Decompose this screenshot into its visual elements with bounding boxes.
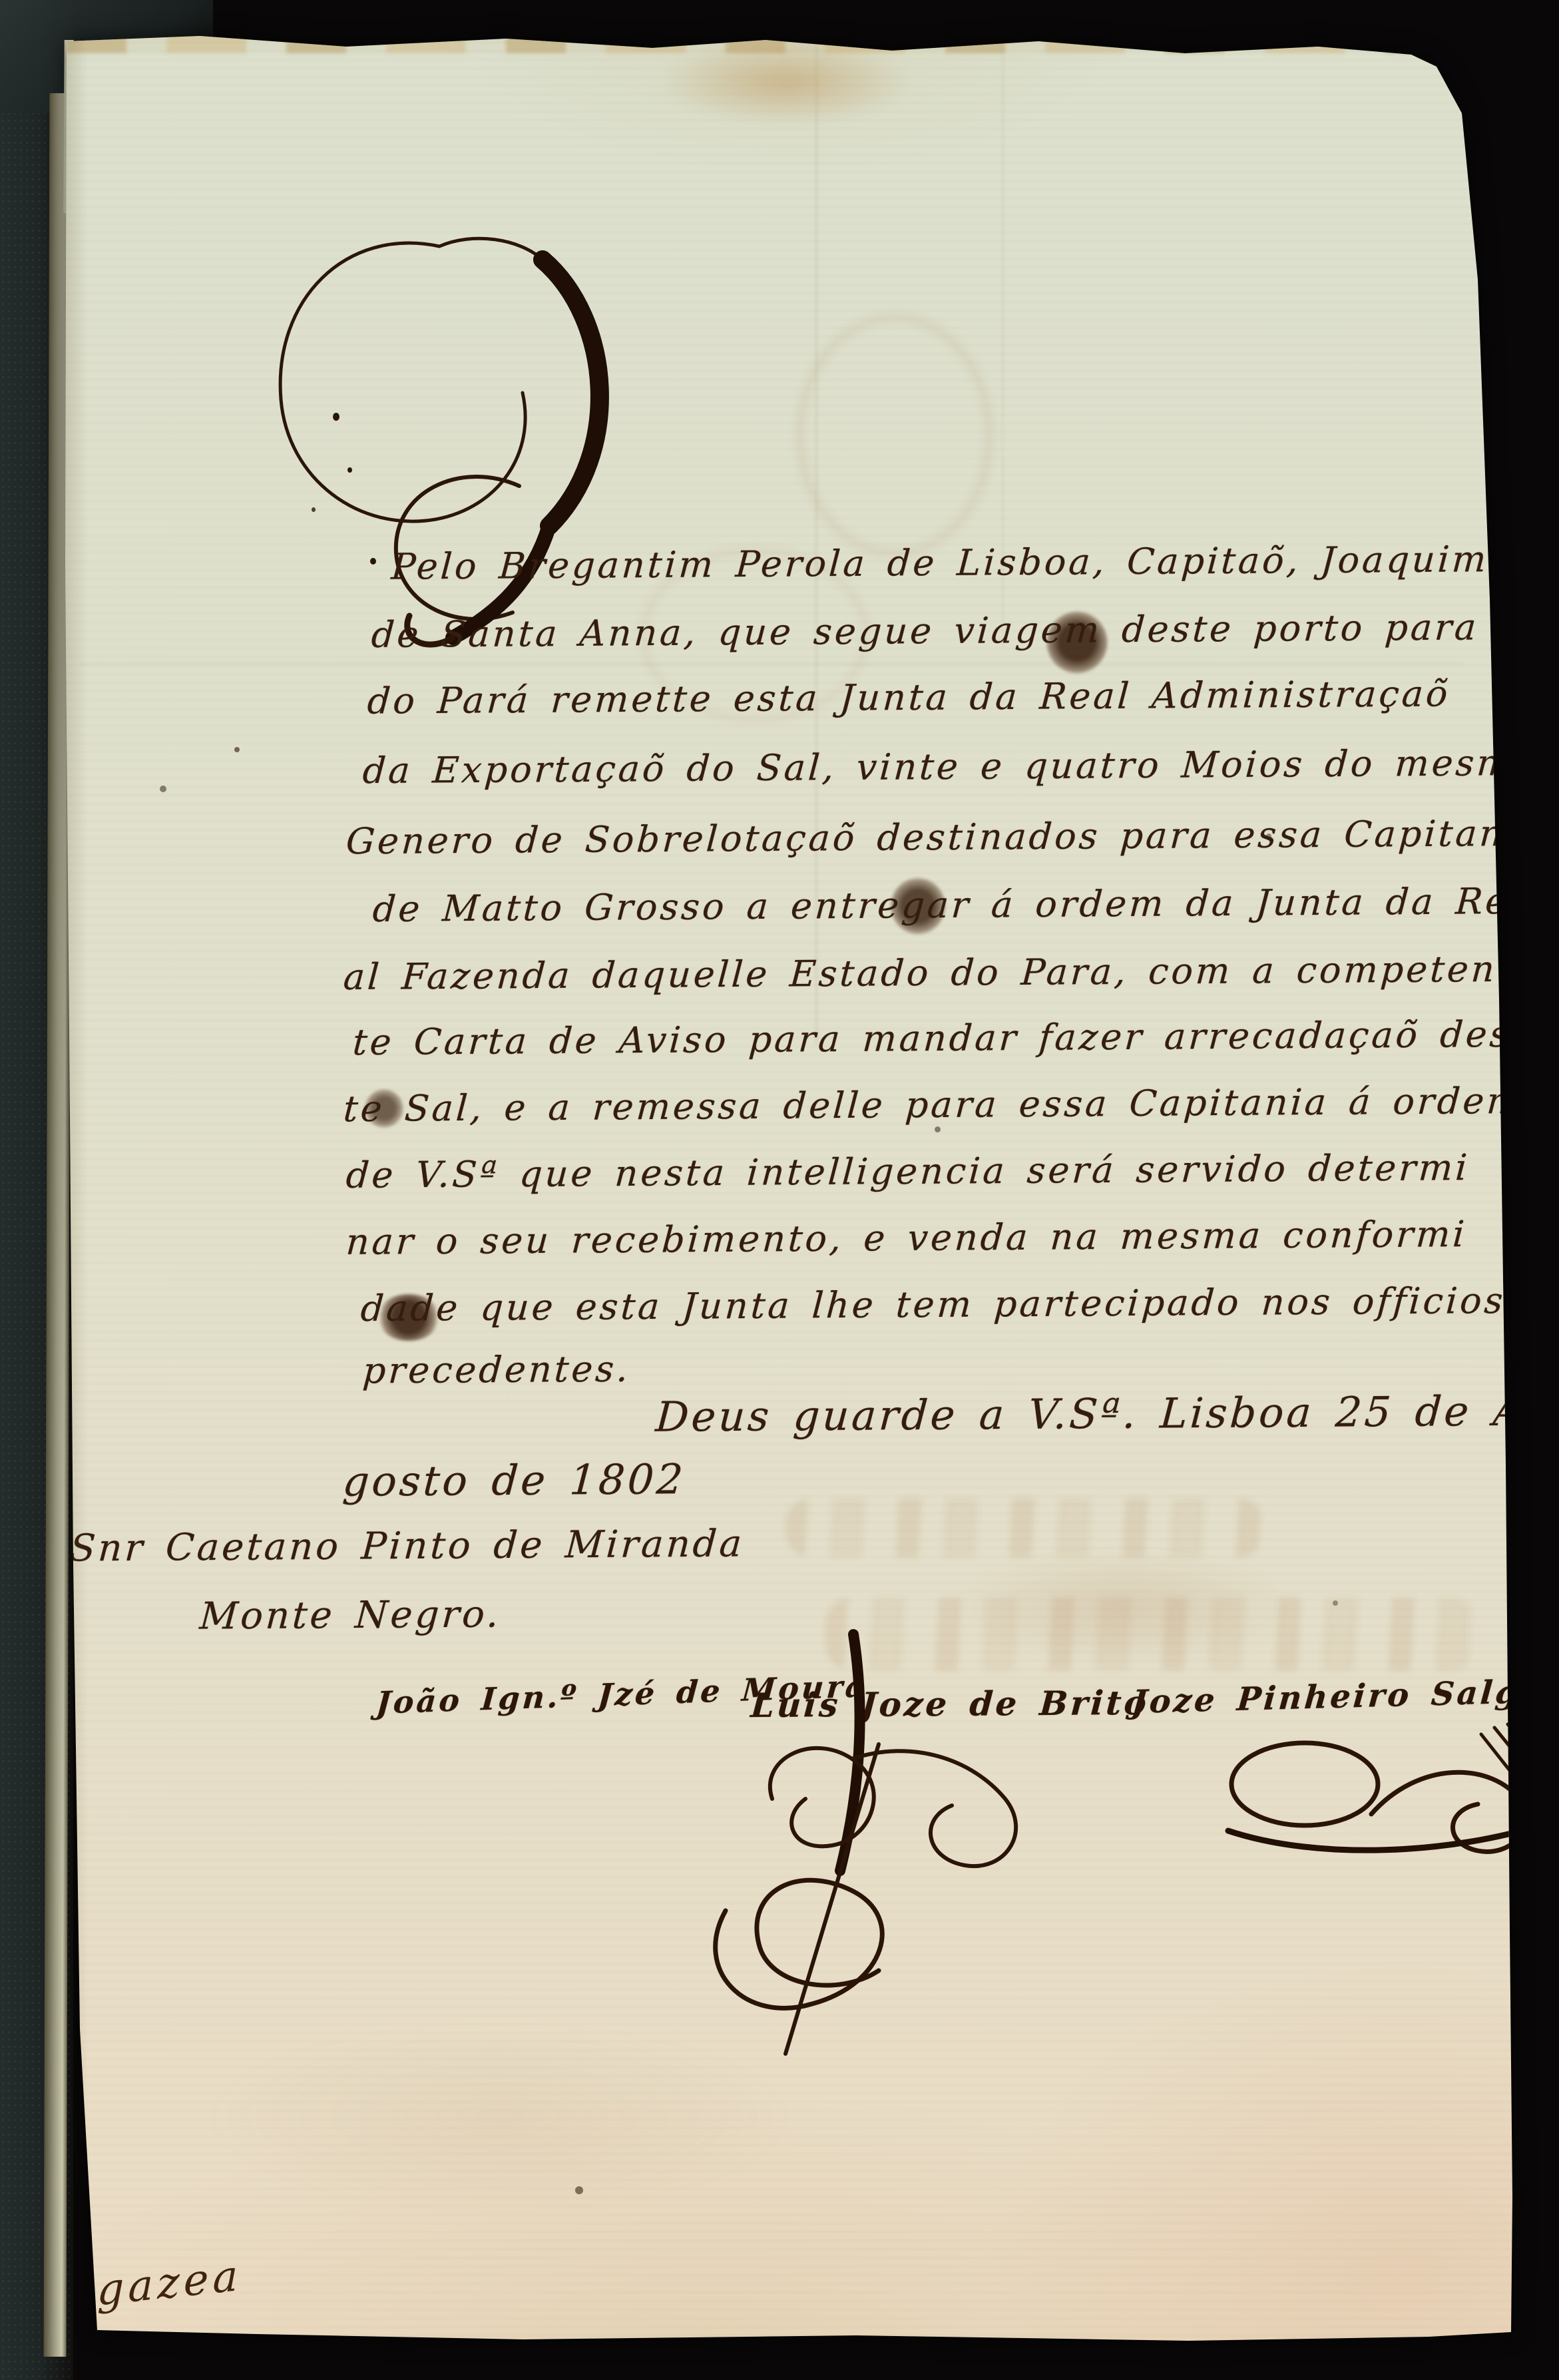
body-line: da Exportaçaõ do Sal, vinte e quatro Moi… [361, 743, 1539, 791]
show-through-writing [785, 1498, 1265, 1558]
foxing-dot [575, 2186, 583, 2194]
body-line: dade que esta Junta lhe tem partecipado … [359, 1281, 1506, 1328]
body-line: te Carta de Aviso para mandar fazer arre… [351, 1015, 1512, 1063]
date-line: gosto de 1802 [341, 1457, 687, 1505]
body-line: do Pará remette esta Junta da Real Admin… [366, 674, 1451, 721]
foxing-dot [935, 1126, 941, 1132]
body-line: Genero de Sobrelotaçaõ destinados para e… [345, 814, 1545, 861]
body-line: precedentes. [361, 1349, 632, 1391]
body-line: nar o seu recebimento, e venda na mesma … [345, 1214, 1468, 1262]
body-line: te Sal, e a remessa delle para essa Capi… [342, 1081, 1524, 1129]
paper-sheet: Pelo Bregantim Perola de Lisboa, Capitaõ… [57, 32, 1522, 2342]
foxing-dot [160, 786, 166, 792]
valediction-line: Deus guarde a V.Sª. Lisboa 25 de A= [654, 1388, 1559, 1440]
body-line: Pelo Bregantim Perola de Lisboa, Capitaõ… [390, 539, 1490, 587]
body-line: de Santa Anna, que segue viagem deste po… [370, 607, 1524, 654]
page-content: Pelo Bregantim Perola de Lisboa, Capitaõ… [0, 0, 1559, 2380]
addressee-name: Snr Caetano Pinto de Miranda [69, 1523, 746, 1569]
manuscript-photo: Pelo Bregantim Perola de Lisboa, Capitaõ… [0, 0, 1559, 2380]
body-line: de V.Sª que nesta intelligencia será ser… [345, 1148, 1470, 1195]
foxing-patch [952, 1551, 1298, 1664]
body-line: de Matto Grosso a entregar á ordem da Ju… [371, 881, 1510, 929]
archival-note: gazea [97, 2254, 242, 2312]
addressee-name-2: Monte Negro. [198, 1594, 503, 1637]
ink-spatter [234, 747, 240, 752]
faded-ink-ring [795, 313, 994, 558]
foxing-dot [1333, 1600, 1338, 1606]
signature-2-rubric [752, 1719, 1032, 1892]
water-stain [659, 39, 912, 125]
body-line: al Fazenda daquelle Estado do Para, com … [342, 949, 1498, 997]
signature-3: Joze Pinheiro Salgado [1130, 1673, 1559, 1720]
signature-3-rubric [1218, 1724, 1551, 1877]
